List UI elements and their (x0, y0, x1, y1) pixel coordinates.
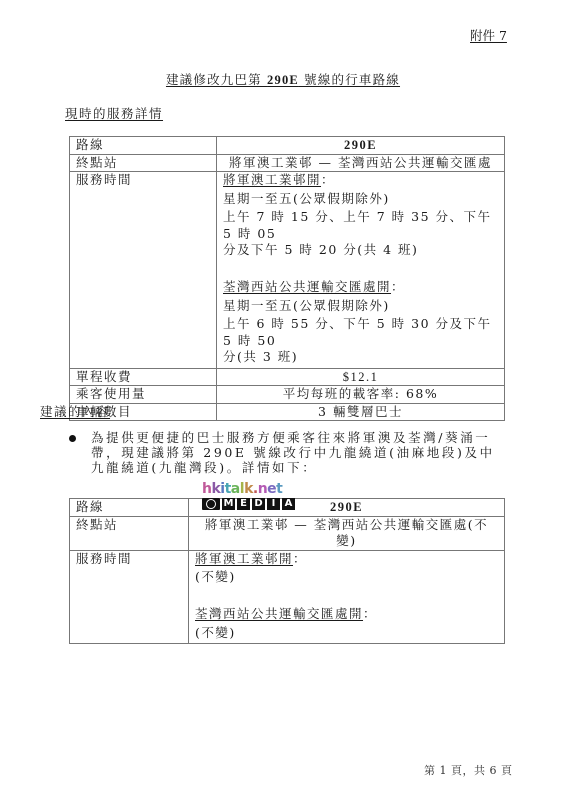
watermark-media-bar: M E D I A (202, 498, 302, 510)
patronage-value: 平均每班的載客率: 68% (217, 386, 505, 404)
colon: ： (363, 606, 377, 621)
media-letter: M (222, 498, 235, 510)
from-a-heading: 將軍澳工業邨開： (195, 551, 498, 570)
page-number: 第 1 頁，共 6 頁 (424, 762, 512, 778)
annex-label: 附件 7 (470, 26, 507, 44)
wm-letter: a (231, 481, 240, 497)
proposal-bullet-text: 為提供更便捷的巴士服務方便乘客往來將軍澳及荃灣/葵涌一帶，現建議將第 290E … (91, 430, 506, 475)
from-a-days: 星期一至五(公眾假期除外) (223, 191, 498, 210)
colon: ： (293, 551, 307, 566)
from-b-days: 星期一至五(公眾假期除外) (223, 298, 498, 317)
spacer (195, 588, 498, 607)
service-hours-value: 將軍澳工業邨開： (不變) 荃灣西站公共運輸交匯處開： (不變) (189, 550, 505, 644)
spacer (223, 261, 498, 280)
eye-logo-icon (202, 498, 220, 510)
route-number: 290E (344, 138, 377, 152)
media-letter: E (237, 498, 250, 510)
media-letter: D (252, 498, 265, 510)
media-letter: I (267, 498, 280, 510)
service-hours-label: 服務時間 (70, 550, 189, 644)
watermark-logo: hkitalk.net M E D I A (202, 482, 302, 520)
current-service-table: 路線 290E 終點站 將軍澳工業邨 — 荃灣西站公共運輸交匯處 服務時間 將軍… (69, 136, 505, 421)
terminus-label: 終點站 (70, 154, 217, 172)
wm-letter: t (276, 481, 282, 497)
from-b-heading: 荃灣西站公共運輸交匯處開： (195, 606, 498, 625)
from-a-heading: 將軍澳工業邨開： (223, 172, 498, 191)
document-title: 建議修改九巴第 290E 號線的行車路線 (0, 70, 566, 88)
from-b-times-line-1: 上午 6 時 55 分、下午 5 時 30 分及下午 5 時 50 (223, 316, 498, 349)
table-row: 路線 290E (70, 137, 505, 155)
patronage-label: 乘客使用量 (70, 386, 217, 404)
route-label: 路線 (70, 499, 189, 517)
fare-value: $12.1 (217, 368, 505, 386)
section-current-service: 現時的服務詳情 (65, 104, 163, 122)
from-a-times-line-1: 上午 7 時 15 分、上午 7 時 35 分、下午 5 時 05 (223, 209, 498, 242)
title-prefix: 建議修改九巴第 (166, 72, 267, 87)
from-a-heading-text: 將軍澳工業邨開 (195, 551, 293, 566)
wm-letter: n (258, 481, 267, 497)
service-hours-value: 將軍澳工業邨開： 星期一至五(公眾假期除外) 上午 7 時 15 分、上午 7 … (217, 172, 505, 369)
terminus-label: 終點站 (70, 516, 189, 550)
table-row: 單程收費 $12.1 (70, 368, 505, 386)
table-row: 終點站 將軍澳工業邨 — 荃灣西站公共運輸交匯處(不變) (70, 516, 505, 550)
from-b-heading-text: 荃灣西站公共運輸交匯處開 (195, 606, 363, 621)
service-hours-label: 服務時間 (70, 172, 217, 369)
section-proposal: 建議的內容 (40, 402, 110, 420)
from-a-times-line-2: 分及下午 5 時 20 分(共 4 班) (223, 242, 498, 261)
colon: ： (391, 279, 405, 294)
route-number: 290E (330, 500, 363, 514)
route-value: 290E (217, 137, 505, 155)
watermark-site-name: hkitalk.net (202, 482, 302, 496)
route-label: 路線 (70, 137, 217, 155)
terminus-value: 將軍澳工業邨 — 荃灣西站公共運輸交匯處(不變) (189, 516, 505, 550)
table-row: 服務時間 將軍澳工業邨開： (不變) 荃灣西站公共運輸交匯處開： (不變) (70, 550, 505, 644)
from-b-heading: 荃灣西站公共運輸交匯處開： (223, 279, 498, 298)
table-row: 乘客使用量 平均每班的載客率: 68% (70, 386, 505, 404)
table-row: 服務時間 將軍澳工業邨開： 星期一至五(公眾假期除外) 上午 7 時 15 分、… (70, 172, 505, 369)
terminus-value: 將軍澳工業邨 — 荃灣西站公共運輸交匯處 (217, 154, 505, 172)
wm-letter: k (244, 481, 253, 497)
table-row: 終點站 將軍澳工業邨 — 荃灣西站公共運輸交匯處 (70, 154, 505, 172)
fare-label: 單程收費 (70, 368, 217, 386)
colon: ： (321, 172, 335, 187)
from-b-heading-text: 荃灣西站公共運輸交匯處開 (223, 279, 391, 294)
wm-letter: e (267, 481, 276, 497)
fleet-value: 3 輛雙層巴士 (217, 403, 505, 421)
bullet-icon (69, 435, 76, 442)
title-route: 290E (267, 73, 299, 87)
from-b-value: (不變) (195, 625, 498, 644)
media-letter: A (282, 498, 295, 510)
from-a-heading-text: 將軍澳工業邨開 (223, 172, 321, 187)
table-row: 車輛數目 3 輛雙層巴士 (70, 403, 505, 421)
from-a-value: (不變) (195, 569, 498, 588)
title-text: 建議修改九巴第 290E 號線的行車路線 (166, 72, 400, 87)
from-b-times-line-2: 分(共 3 班) (223, 349, 498, 368)
title-suffix: 號線的行車路線 (299, 72, 400, 87)
wm-letter: k (211, 481, 220, 497)
